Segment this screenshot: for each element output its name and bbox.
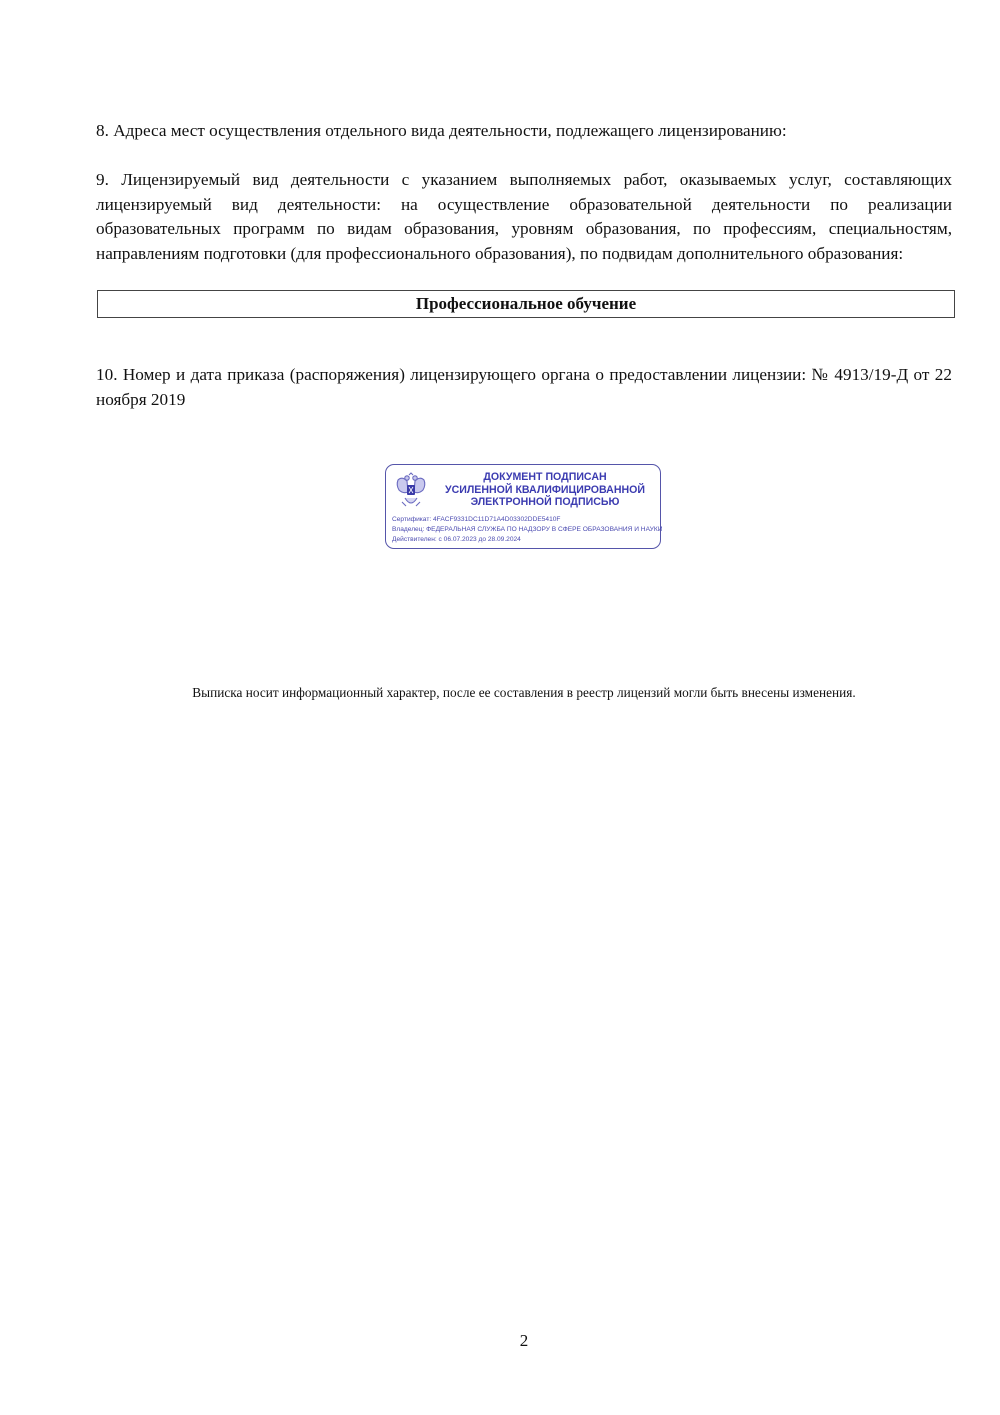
stamp-title: ДОКУМЕНТ ПОДПИСАН УСИЛЕННОЙ КВАЛИФИЦИРОВ…: [432, 471, 658, 509]
coat-of-arms-icon: [394, 472, 428, 512]
item-8-addresses: 8. Адреса мест осуществления отдельного …: [96, 119, 952, 144]
item-9-licensed-activity: 9. Лицензируемый вид деятельности с указ…: [96, 168, 952, 266]
electronic-signature-stamp: ДОКУМЕНТ ПОДПИСАН УСИЛЕННОЙ КВАЛИФИЦИРОВ…: [385, 464, 661, 549]
stamp-title-line-3: ЭЛЕКТРОННОЙ ПОДПИСЬЮ: [432, 496, 658, 509]
disclaimer-note: Выписка носит информационный характер, п…: [0, 685, 1000, 701]
stamp-details: Сертификат: 4FACF9331DC11D71A4D03302DDE5…: [392, 515, 662, 545]
stamp-owner: Владелец: ФЕДЕРАЛЬНАЯ СЛУЖБА ПО НАДЗОРУ …: [392, 525, 662, 535]
stamp-certificate: Сертификат: 4FACF9331DC11D71A4D03302DDE5…: [392, 515, 662, 525]
activity-table: Профессиональное обучение: [97, 290, 955, 318]
stamp-title-line-1: ДОКУМЕНТ ПОДПИСАН: [432, 471, 658, 484]
stamp-title-line-2: УСИЛЕННОЙ КВАЛИФИЦИРОВАННОЙ: [432, 484, 658, 497]
activity-table-cell: Профессиональное обучение: [416, 294, 636, 314]
item-10-order-number: 10. Номер и дата приказа (распоряжения) …: [96, 363, 952, 412]
stamp-validity: Действителен: с 06.07.2023 до 28.09.2024: [392, 535, 662, 545]
page-number: 2: [0, 1331, 1000, 1351]
